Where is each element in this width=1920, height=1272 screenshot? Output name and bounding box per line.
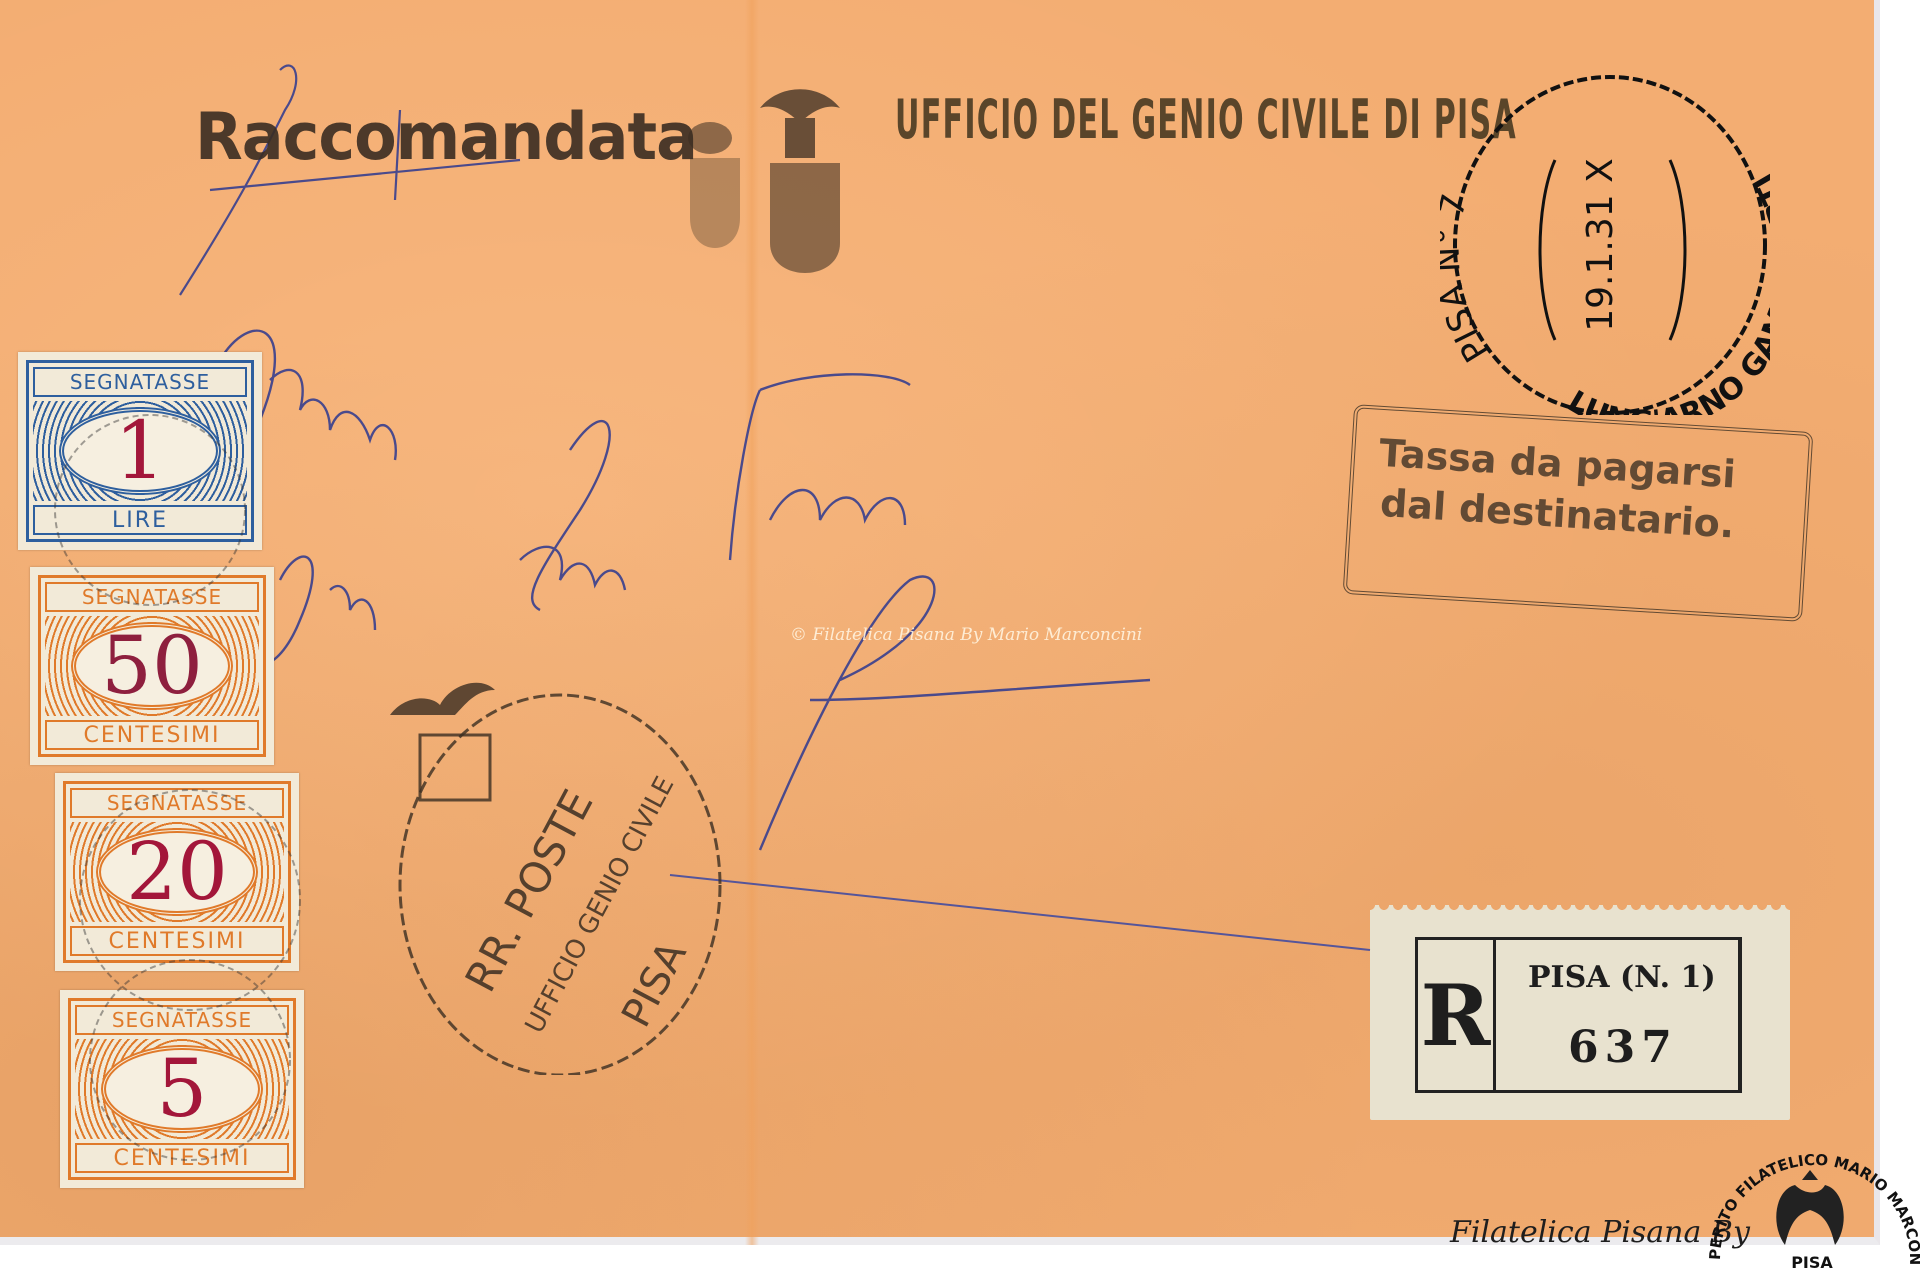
expert-seal: PERITO FILATELICO MARIO MARCONCINI PISA [1700,1110,1920,1272]
pointer-line [660,860,1380,960]
registration-office: PISA (N. 1) [1528,960,1716,995]
registration-label: R PISA (N. 1) 637 [1370,905,1790,1120]
postmark-date: 19.1.31 X [1580,158,1621,332]
registration-letter: R [1418,940,1496,1090]
handwritten-raccomandata [120,50,640,310]
eagle-icon [1776,1170,1843,1245]
stamp-header: SEGNATASSE [33,367,247,397]
watermark-text: © Filatelica Pisana By Mario Marconcini [790,625,1142,645]
stamp-cancellations [20,400,340,1220]
raccomandata-handstamp: Raccomandata [195,98,697,175]
envelope: Raccomandata UFFICIO DEL GENIO CIVILE DI… [0,0,1880,1245]
eagle-crest-icon [650,78,890,288]
seal-line-3: PISA [613,934,696,1035]
official-oval-seal: RR. POSTE UFFICIO GENIO CIVILE PISA [360,655,740,1075]
expert-seal-city: PISA [1791,1253,1833,1272]
expert-seal-arc-text: PERITO FILATELICO MARIO MARCONCINI [1700,1110,1920,1265]
postage-due-cachet: Tassa da pagarsi dal destinatario. [1343,404,1814,622]
registration-number: 637 [1568,1022,1678,1073]
svg-text:PERITO FILATELICO MARIO MARCON: PERITO FILATELICO MARIO MARCONCINI [1700,1110,1920,1265]
sender-office-header: UFFICIO DEL GENIO CIVILE DI PISA [895,88,1517,151]
